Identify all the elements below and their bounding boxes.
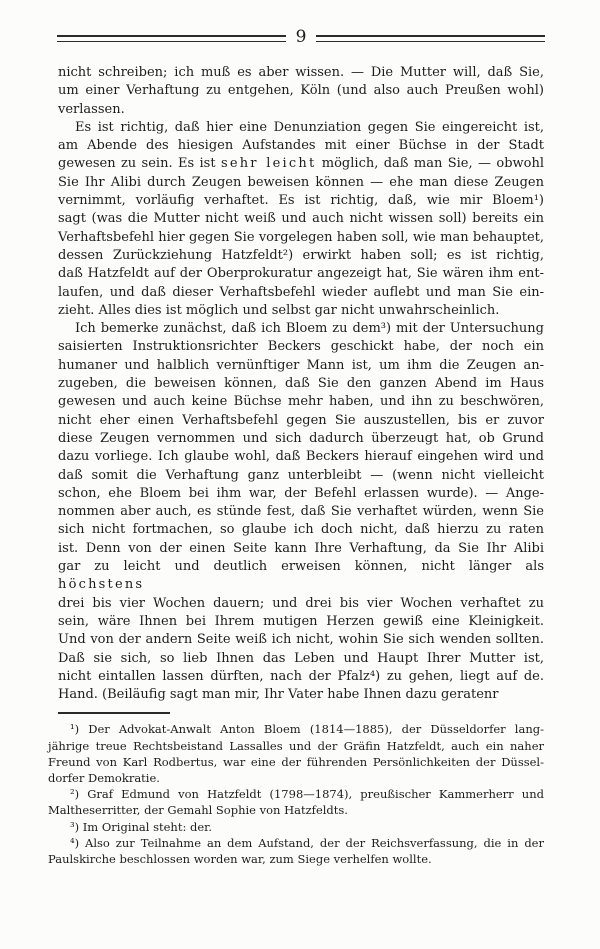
- text-line: ist. Denn von der einen Seite kann Ihre …: [58, 540, 544, 558]
- text-segment: gewesen zu sein. Es ist: [58, 156, 221, 171]
- text-line: nicht eher einen Verhaftsbefehl gegen Si…: [58, 412, 544, 430]
- text-line: vernimmt, vorläufig verhaftet. Es ist ri…: [58, 192, 544, 210]
- text-segment: gar zu leicht und deutlich erweisen könn…: [58, 559, 544, 574]
- emphasized-text: sehr leicht: [221, 156, 316, 171]
- text-line: Und von der andern Seite weiß ich nicht,…: [58, 631, 544, 649]
- text-line: daß Hatzfeldt auf der Oberprokuratur ang…: [58, 265, 544, 283]
- text-line: nicht eintallen lassen dürften, nach der…: [58, 668, 544, 686]
- text-line: Verhaftsbefehl hier gegen Sie vorgelegen…: [58, 229, 544, 247]
- text-line: schon, ehe Bloem bei ihm war, der Befehl…: [58, 485, 544, 503]
- text-line: sein, wäre Ihnen bei Ihrem mutigen Herze…: [58, 613, 544, 631]
- text-line: gewesen und auch keine Büchse mehr haben…: [58, 393, 544, 411]
- text-line: zieht. Alles dies ist möglich und selbst…: [58, 302, 544, 320]
- text-line: verlassen.: [58, 101, 544, 119]
- footnote-line: ²) Graf Edmund von Hatzfeldt (1798—1874)…: [48, 786, 544, 802]
- footnote-line: Freund von Karl Rodbertus, war eine der …: [48, 754, 544, 770]
- footnote-separator-rule: [58, 712, 170, 714]
- page-header: 9: [57, 29, 545, 48]
- text-line: gar zu leicht und deutlich erweisen könn…: [58, 558, 544, 595]
- text-segment: möglich, daß man Sie, — obwohl: [316, 156, 544, 171]
- footnote-line: Paulskirche beschlossen worden war, zum …: [48, 851, 544, 867]
- text-line: daß somit die Verhaftung ganz unterbleib…: [58, 467, 544, 485]
- text-line: nicht schreiben; ich muß es aber wissen.…: [58, 64, 544, 82]
- book-page: 9 nicht schreiben; ich muß es aber wisse…: [0, 0, 600, 949]
- text-line: um einer Verhaftung zu entgehen, Köln (u…: [58, 82, 544, 100]
- footnote-line: ⁴) Also zur Teilnahme an dem Aufstand, d…: [48, 835, 544, 851]
- text-line: Hand. (Beiläufig sagt man mir, Ihr Vater…: [58, 686, 544, 704]
- footnote-line: ³) Im Original steht: der.: [48, 819, 544, 835]
- text-line: Sie Ihr Alibi durch Zeugen beweisen könn…: [58, 174, 544, 192]
- footnotes: ¹) Der Advokat-Anwalt Anton Bloem (1814—…: [48, 721, 544, 867]
- text-line: Ich bemerke zunächst, daß ich Bloem zu d…: [58, 320, 544, 338]
- emphasized-text: höchstens: [58, 577, 144, 592]
- text-line: nommen aber auch, es stünde fest, daß Si…: [58, 503, 544, 521]
- text-line: dazu vorliege. Ich glaube wohl, daß Beck…: [58, 448, 544, 466]
- footnote-line: dorfer Demokratie.: [48, 770, 544, 786]
- footnote-line: jährige treue Rechtsbeistand Lassalles u…: [48, 738, 544, 754]
- text-line: humaner und halblich vernünftiger Mann i…: [58, 357, 544, 375]
- text-line: zugeben, die beweisen können, daß Sie de…: [58, 375, 544, 393]
- text-line: sagt (was die Mutter nicht weiß und auch…: [58, 210, 544, 228]
- page-number: 9: [295, 29, 308, 48]
- footnote-line: Maltheserritter, der Gemahl Sophie von H…: [48, 802, 544, 818]
- text-line: am Abende des hiesigen Aufstandes mit ei…: [58, 137, 544, 155]
- text-line: diese Zeugen vernommen und sich dadurch …: [58, 430, 544, 448]
- body-text: nicht schreiben; ich muß es aber wissen.…: [58, 64, 544, 704]
- header-rule-right: [316, 35, 545, 42]
- text-line: sich nicht fortmachen, so glaube ich doc…: [58, 521, 544, 539]
- text-line: gewesen zu sein. Es ist sehr leicht mögl…: [58, 155, 544, 173]
- text-line: dessen Zurückziehung Hatzfeldt²) erwirkt…: [58, 247, 544, 265]
- text-line: Daß sie sich, so lieb Ihnen das Leben un…: [58, 650, 544, 668]
- text-line: Es ist richtig, daß hier eine Denunziati…: [58, 119, 544, 137]
- text-line: saisierten Instruktionsrichter Beckers g…: [58, 338, 544, 356]
- text-line: laufen, und daß dieser Verhaftsbefehl wi…: [58, 284, 544, 302]
- text-line: drei bis vier Wochen dauern; und drei bi…: [58, 595, 544, 613]
- header-rule-left: [57, 35, 286, 42]
- footnote-line: ¹) Der Advokat-Anwalt Anton Bloem (1814—…: [48, 721, 544, 737]
